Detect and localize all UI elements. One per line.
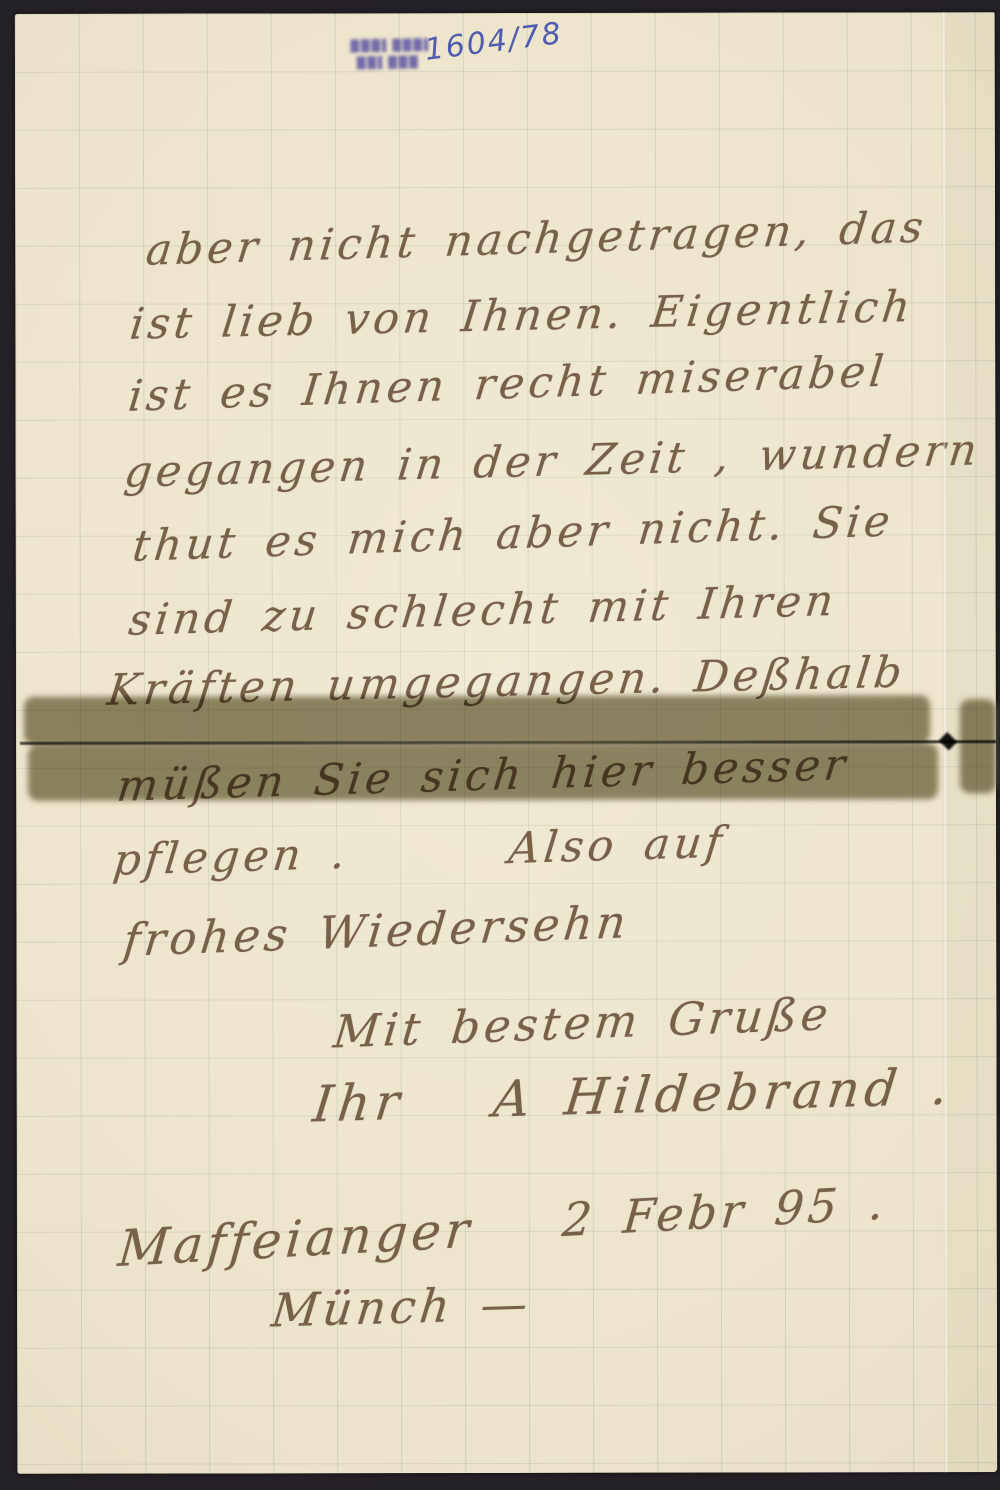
place-street: Maffeianger bbox=[116, 1200, 476, 1278]
signature: Ihr A Hildebrand . . bbox=[310, 1054, 1000, 1133]
handwriting-line-9: pflegen . Also auf bbox=[111, 818, 729, 886]
library-stamp-text-line2: ██▌███ bbox=[357, 53, 435, 71]
date: 2 Febr 95 . bbox=[560, 1175, 890, 1247]
catalog-number: 1604/78 bbox=[423, 16, 565, 68]
handwriting-line-5: thut es mich aber nicht. Sie bbox=[130, 496, 896, 571]
library-stamp: ███▌███▌ ██▌███ bbox=[350, 36, 434, 72]
handwriting-line-4: gegangen in der Zeit , wundern bbox=[122, 425, 984, 498]
letter-page: ███▌███▌ ██▌███ 1604/78 aber nicht nachg… bbox=[15, 12, 998, 1474]
ink-smudge-band-upper bbox=[24, 695, 930, 745]
scan-background: ███▌███▌ ██▌███ 1604/78 aber nicht nachg… bbox=[0, 0, 1000, 1490]
handwriting-line-3: ist es Ihnen recht miserabel bbox=[126, 346, 890, 421]
handwriting-line-6: sind zu schlecht mit Ihren bbox=[126, 576, 840, 646]
place-city: Münch — bbox=[269, 1276, 534, 1337]
handwriting-line-1: aber nicht nachgetragen, das bbox=[144, 202, 930, 275]
ink-smudge-band-lower bbox=[28, 743, 938, 801]
closing-line: Mit bestem Gruße bbox=[331, 987, 834, 1058]
handwriting-line-10: frohes Wiedersehn bbox=[121, 895, 633, 967]
library-stamp-text-line1: ███▌███▌ bbox=[350, 36, 434, 55]
handwriting-line-2: ist lieb von Ihnen. Eigentlich bbox=[127, 282, 916, 350]
ink-smudge-band-right-fragment bbox=[960, 699, 996, 793]
